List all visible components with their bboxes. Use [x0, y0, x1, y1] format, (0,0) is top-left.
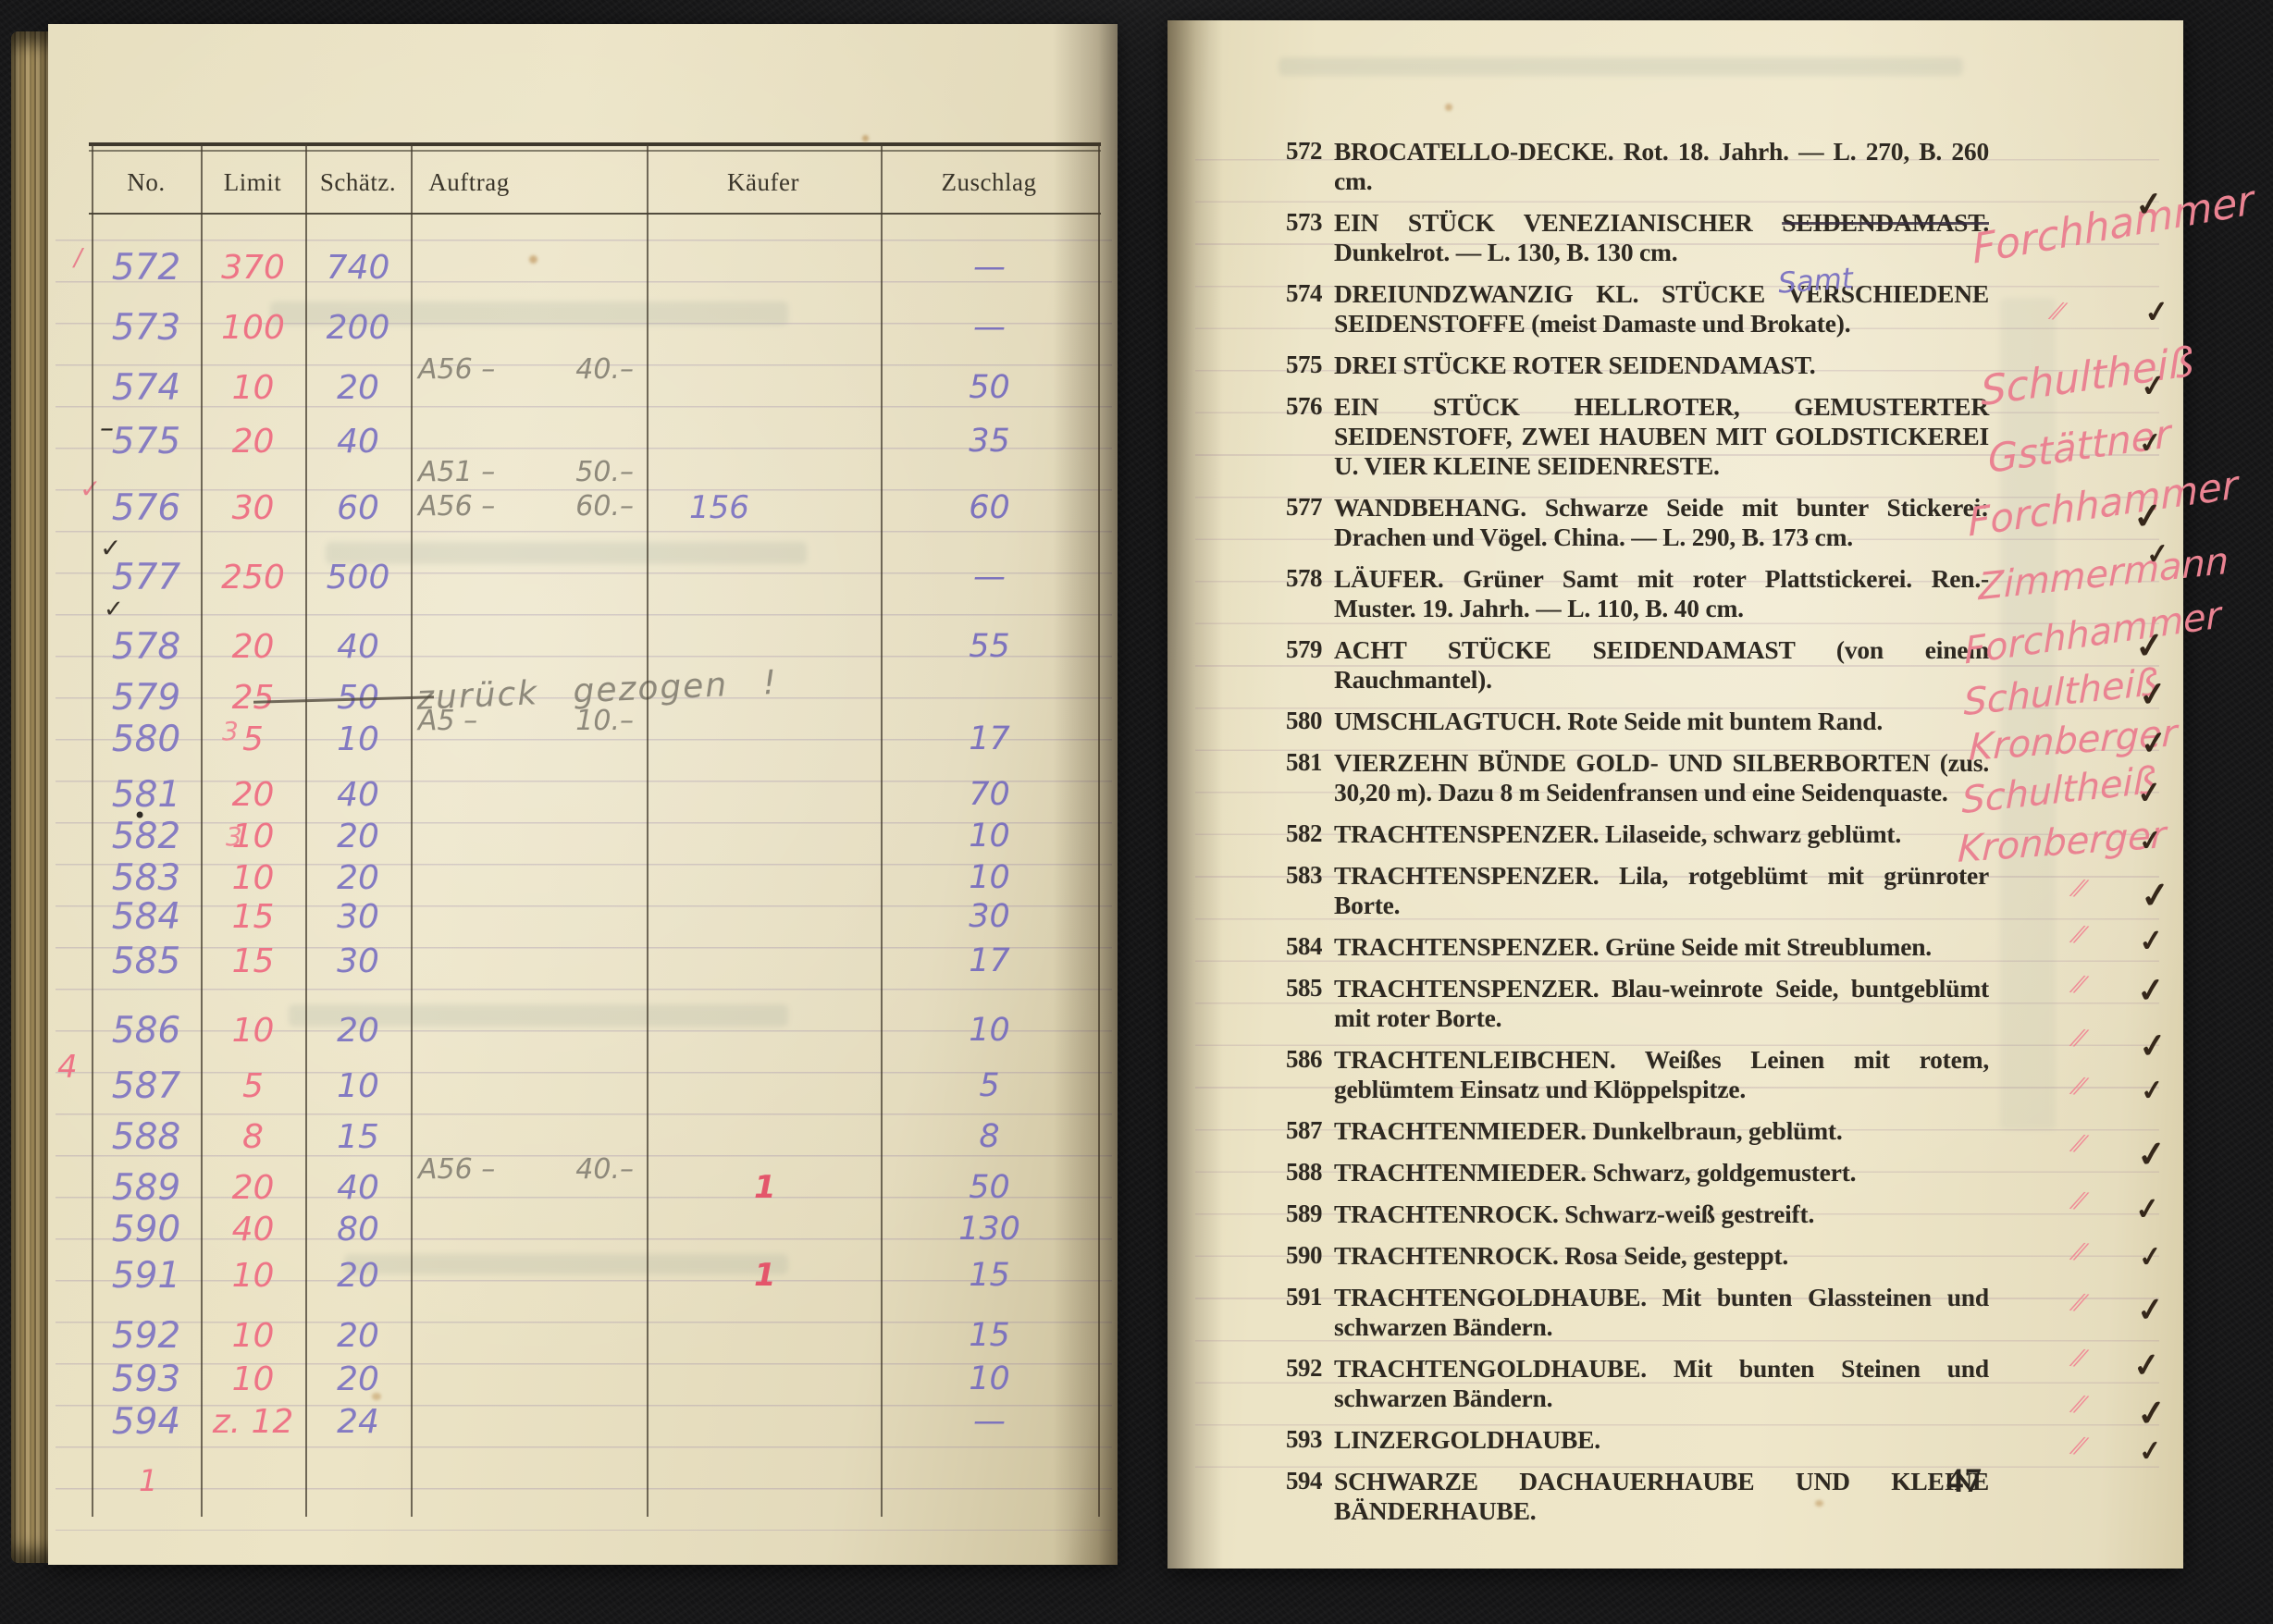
- column-header-limit: Limit: [224, 168, 282, 197]
- entry-number: 582: [1286, 819, 1334, 849]
- cell-zuschlag: 10: [881, 859, 1098, 896]
- cell-limit: 100: [201, 309, 305, 347]
- entry-number: 575: [1286, 351, 1334, 380]
- cell-no: 578: [92, 626, 201, 668]
- cell-limit: 25: [201, 679, 305, 717]
- table-row: 582102010: [92, 815, 1098, 857]
- table-grid-line: [1098, 144, 1100, 1517]
- table-grid-line: [92, 144, 93, 1517]
- entry-text: UMSCHLAGTUCH. Rote Seide mit buntem Rand…: [1334, 707, 1989, 736]
- cell-schaetz: 40: [305, 628, 411, 666]
- cell-schaetz: 10: [305, 1067, 411, 1105]
- cell-schaetz: 24: [305, 1403, 411, 1441]
- catalog-entry: 584TRACHTENSPENZER. Grüne Seide mit Stre…: [1286, 932, 1989, 962]
- auftrag-code: A56 –: [418, 1152, 495, 1187]
- cell-zuschlag: 15: [881, 1317, 1098, 1354]
- catalog-entry: 581VIERZEHN BÜNDE GOLD- UND SILBERBORTEN…: [1286, 748, 1989, 807]
- auftrag-amount: 40.–: [575, 1152, 634, 1187]
- cell-no: 585: [92, 941, 201, 982]
- catalog-entry: 589TRACHTENROCK. Schwarz-weiß gestreift.: [1286, 1200, 1989, 1229]
- cell-limit: 10: [201, 818, 305, 855]
- cell-no: 590: [92, 1209, 201, 1250]
- auftrag-entry: A56 –40.–: [411, 352, 647, 387]
- catalog-entry: 591TRACHTENGOLDHAUBE. Mit bunten Glasste…: [1286, 1283, 1989, 1342]
- entry-number: 574: [1286, 279, 1334, 338]
- entry-text: TRACHTENSPENZER. Blau-weinrote Seide, bu…: [1334, 974, 1989, 1033]
- page-number: 47: [1946, 1461, 1983, 1501]
- entry-text: BROCATELLO-DECKE. Rot. 18. Jahrh. — L. 2…: [1334, 137, 1989, 196]
- table-row: 5741020A56 –40.–50: [92, 366, 1098, 409]
- cell-auftrag: A56 –40.–: [411, 352, 647, 387]
- table-row: 593102010: [92, 1358, 1098, 1400]
- cell-limit: 10: [201, 1317, 305, 1355]
- cell-schaetz: 40: [305, 423, 411, 461]
- margin-mark: 3: [226, 821, 242, 852]
- entry-text: TRACHTENSPENZER. Grüne Seide mit Streubl…: [1334, 932, 1989, 962]
- cell-limit: 10: [201, 369, 305, 407]
- margin-mark: •: [133, 803, 146, 829]
- cell-kaeufer: 1: [647, 1257, 881, 1294]
- cell-schaetz: 15: [305, 1118, 411, 1156]
- cell-limit: 10: [201, 1257, 305, 1295]
- margin-mark: 3: [222, 716, 239, 746]
- catalog-entry: 593LINZERGOLDHAUBE.: [1286, 1425, 1989, 1455]
- catalog-entry: 579ACHT STÜCKE SEIDENDAMAST (von einem R…: [1286, 635, 1989, 695]
- entry-text: TRACHTENLEIBCHEN. Weißes Leinen mit rote…: [1334, 1045, 1989, 1104]
- entry-number: 580: [1286, 707, 1334, 736]
- cell-no: 584: [92, 896, 201, 938]
- cell-no: 588: [92, 1116, 201, 1158]
- entry-number: 593: [1286, 1425, 1334, 1455]
- entry-number: 586: [1286, 1045, 1334, 1104]
- cell-kaeufer: 1: [647, 1169, 881, 1206]
- cell-zuschlag: —: [881, 559, 1098, 596]
- catalog-entry: 580UMSCHLAGTUCH. Rote Seide mit buntem R…: [1286, 707, 1989, 736]
- cell-limit: 20: [201, 776, 305, 814]
- entry-number: 572: [1286, 137, 1334, 196]
- catalog-entry: 577WANDBEHANG. Schwarze Seide mit bunter…: [1286, 493, 1989, 552]
- table-row: 5904080130: [92, 1208, 1098, 1250]
- cell-limit: 370: [201, 249, 305, 287]
- cell-zuschlag: 17: [881, 942, 1098, 979]
- entry-text: TRACHTENROCK. Schwarz-weiß gestreift.: [1334, 1200, 1989, 1229]
- cell-no: 589: [92, 1167, 201, 1209]
- table-grid-line: [647, 144, 649, 1517]
- table-row: 586102010: [92, 1009, 1098, 1052]
- cell-limit: 250: [201, 559, 305, 597]
- table-row: 583102010: [92, 856, 1098, 899]
- table-row: 592102015: [92, 1314, 1098, 1357]
- cell-no: 586: [92, 1010, 201, 1052]
- cell-zuschlag: 55: [881, 628, 1098, 665]
- table-grid-line: [201, 144, 203, 1517]
- entry-text: DREIUNDZWANZIG KL. STÜCKE VERSCHIEDENE S…: [1334, 279, 1989, 338]
- cell-no: 592: [92, 1315, 201, 1357]
- bleed-through-smudge: [1279, 57, 1963, 76]
- cell-limit: z. 12: [201, 1403, 305, 1441]
- catalog-entry: 583TRACHTENSPENZER. Lila, rotgeblümt mit…: [1286, 861, 1989, 920]
- auftrag-entry: A56 –40.–: [411, 1152, 647, 1187]
- entry-number: 587: [1286, 1116, 1334, 1146]
- cell-zuschlag: 60: [881, 489, 1098, 526]
- table-row: 5911020115: [92, 1254, 1098, 1297]
- catalog-entry: 574DREIUNDZWANZIG KL. STÜCKE VERSCHIEDEN…: [1286, 279, 1989, 338]
- catalog-entries: 572BROCATELLO-DECKE. Rot. 18. Jahrh. — L…: [1286, 137, 1989, 1538]
- cell-zuschlag: 15: [881, 1257, 1098, 1294]
- cell-zuschlag: 50: [881, 369, 1098, 406]
- cell-schaetz: 740: [305, 249, 411, 287]
- cell-limit: 20: [201, 628, 305, 666]
- entry-text: TRACHTENGOLDHAUBE. Mit bunten Glassteine…: [1334, 1283, 1989, 1342]
- cell-no: 594: [92, 1401, 201, 1443]
- cell-schaetz: 20: [305, 1012, 411, 1050]
- entry-text: LÄUFER. Grüner Samt mit roter Plattstick…: [1334, 564, 1989, 623]
- catalog-entry: 592TRACHTENGOLDHAUBE. Mit bunten Steinen…: [1286, 1354, 1989, 1413]
- catalog-entry: 576EIN STÜCK HELLROTER, GEMUSTERTER SEID…: [1286, 392, 1989, 481]
- cell-schaetz: 20: [305, 818, 411, 855]
- table-row: 584153030: [92, 895, 1098, 938]
- entry-number: 581: [1286, 748, 1334, 807]
- cell-kaeufer: 156: [647, 489, 881, 526]
- catalog-entry: 588TRACHTENMIEDER. Schwarz, goldgemuster…: [1286, 1158, 1989, 1187]
- bleed-through-smudge: [2000, 298, 2056, 1130]
- scanned-auction-ledger: No. Limit Schätz. Auftrag Käufer Zuschla…: [0, 0, 2273, 1624]
- cell-no: 580: [92, 719, 201, 760]
- cell-schaetz: 30: [305, 942, 411, 980]
- cell-zuschlag: 5: [881, 1067, 1098, 1104]
- entry-number: 592: [1286, 1354, 1334, 1413]
- cell-limit: 8: [201, 1118, 305, 1156]
- entry-number: 588: [1286, 1158, 1334, 1187]
- table-row: 5763060A51 –50.–A56 –60.–15660: [92, 486, 1098, 529]
- entry-number: 594: [1286, 1467, 1334, 1526]
- cell-no: 591: [92, 1255, 201, 1297]
- paper-stain: [372, 1393, 381, 1400]
- struck-word: SEIDENDAMAST.: [1782, 208, 1989, 237]
- auftrag-code: A56 –: [418, 489, 495, 523]
- entry-number: 590: [1286, 1241, 1334, 1271]
- paper-stain: [862, 135, 869, 141]
- cell-no: 572: [92, 247, 201, 289]
- table-row: 572370740—: [92, 246, 1098, 289]
- cell-zuschlag: 10: [881, 1360, 1098, 1397]
- entry-number: 579: [1286, 635, 1334, 695]
- entry-text: DREI STÜCKE ROTER SEIDENDAMAST.: [1334, 351, 1989, 380]
- catalog-entry: 575DREI STÜCKE ROTER SEIDENDAMAST.: [1286, 351, 1989, 380]
- cell-limit: 10: [201, 859, 305, 897]
- column-header-auftrag: Auftrag: [428, 168, 509, 197]
- table-row: 573100200—: [92, 306, 1098, 349]
- entry-text: TRACHTENGOLDHAUBE. Mit bunten Steinen un…: [1334, 1354, 1989, 1413]
- table-row: 581204070: [92, 773, 1098, 816]
- auftrag-code: A51 –: [418, 455, 495, 489]
- cell-zuschlag: 130: [881, 1211, 1098, 1248]
- cell-zuschlag: 10: [881, 1012, 1098, 1049]
- column-header-schaetz: Schätz.: [320, 168, 396, 197]
- cell-limit: 20: [201, 423, 305, 461]
- left-ledger-page: No. Limit Schätz. Auftrag Käufer Zuschla…: [48, 24, 1118, 1565]
- cell-limit: 15: [201, 898, 305, 936]
- entry-text: TRACHTENROCK. Rosa Seide, gesteppt.: [1334, 1241, 1989, 1271]
- table-grid-line: [881, 144, 883, 1517]
- entry-text: LINZERGOLDHAUBE.: [1334, 1425, 1989, 1455]
- cell-zuschlag: 8: [881, 1118, 1098, 1155]
- cell-limit: 40: [201, 1211, 305, 1249]
- column-header-kaeufer: Käufer: [727, 168, 799, 197]
- kaeufer-red-mark: 1: [689, 1257, 776, 1294]
- entry-number: 578: [1286, 564, 1334, 623]
- catalog-entry: 573EIN STÜCK VENEZIANISCHER SEIDENDAMAST…: [1286, 208, 1989, 267]
- cell-no: 573: [92, 307, 201, 349]
- table-row: 577250500—: [92, 556, 1098, 598]
- catalog-entry: 572BROCATELLO-DECKE. Rot. 18. Jahrh. — L…: [1286, 137, 1989, 196]
- cell-zuschlag: 30: [881, 898, 1098, 935]
- entry-text: WANDBEHANG. Schwarze Seide mit bunter St…: [1334, 493, 1989, 552]
- table-row: 5892040A56 –40.–150: [92, 1166, 1098, 1209]
- right-catalog-page: 572BROCATELLO-DECKE. Rot. 18. Jahrh. — L…: [1167, 20, 2183, 1569]
- cell-schaetz: 200: [305, 309, 411, 347]
- auftrag-code: A56 –: [418, 352, 495, 387]
- cell-zuschlag: 50: [881, 1169, 1098, 1206]
- cell-schaetz: 60: [305, 489, 411, 527]
- cell-zuschlag: —: [881, 309, 1098, 346]
- entry-number: 589: [1286, 1200, 1334, 1229]
- entry-number: 573: [1286, 208, 1334, 267]
- paper-stain: [1445, 104, 1452, 111]
- entry-text: EIN STÜCK VENEZIANISCHER SEIDENDAMAST. D…: [1334, 208, 1989, 267]
- catalog-entry: 587TRACHTENMIEDER. Dunkelbraun, geblümt.: [1286, 1116, 1989, 1146]
- catalog-entry: 594SCHWARZE DACHAUERHAUBE UND KLEINE BÄN…: [1286, 1467, 1989, 1526]
- margin-mark: 4: [57, 1049, 78, 1086]
- catalog-entry: 582TRACHTENSPENZER. Lilaseide, schwarz g…: [1286, 819, 1989, 849]
- cell-limit: 5: [201, 720, 305, 758]
- column-header-no: No.: [127, 168, 165, 197]
- auftrag-entry: A56 –60.–: [411, 489, 647, 523]
- margin-mark: –: [100, 412, 114, 445]
- cell-limit: 10: [201, 1360, 305, 1398]
- cell-zuschlag: —: [881, 1403, 1098, 1440]
- entry-text: ACHT STÜCKE SEIDENDAMAST (von einem Rauc…: [1334, 635, 1989, 695]
- cell-zuschlag: 35: [881, 423, 1098, 460]
- cell-no: 583: [92, 857, 201, 899]
- cell-no: 576: [92, 487, 201, 529]
- entry-text: TRACHTENMIEDER. Schwarz, goldgemustert.: [1334, 1158, 1989, 1187]
- entry-text: VIERZEHN BÜNDE GOLD- UND SILBERBORTEN (z…: [1334, 748, 1989, 807]
- cell-schaetz: 500: [305, 559, 411, 597]
- cell-schaetz: 40: [305, 776, 411, 814]
- kaeufer-red-mark: 1: [689, 1169, 776, 1206]
- cell-schaetz: 20: [305, 1257, 411, 1295]
- cell-no: 574: [92, 367, 201, 409]
- entry-number: 585: [1286, 974, 1334, 1033]
- catalog-entry: 578LÄUFER. Grüner Samt mit roter Plattst…: [1286, 564, 1989, 623]
- cell-schaetz: 40: [305, 1169, 411, 1207]
- cell-zuschlag: 10: [881, 818, 1098, 855]
- table-grid-line: [305, 144, 307, 1517]
- header-underline: [89, 213, 1101, 215]
- cell-zuschlag: —: [881, 249, 1098, 286]
- table-row: 585153017: [92, 940, 1098, 982]
- cell-schaetz: 20: [305, 1360, 411, 1398]
- cell-no: 587: [92, 1065, 201, 1107]
- auftrag-amount: 50.–: [575, 455, 634, 489]
- cell-auftrag: A51 –50.–A56 –60.–: [411, 455, 647, 523]
- entry-number: 577: [1286, 493, 1334, 552]
- auftrag-amount: 60.–: [575, 489, 634, 523]
- cell-schaetz: 10: [305, 720, 411, 758]
- margin-mark: 1: [139, 1463, 157, 1498]
- table-row: 594z. 1224—: [92, 1400, 1098, 1443]
- entry-text: SCHWARZE DACHAUERHAUBE UND KLEINE BÄNDER…: [1334, 1467, 1989, 1526]
- cell-schaetz: 30: [305, 898, 411, 936]
- table-row: 578204055: [92, 625, 1098, 668]
- cell-limit: 5: [201, 1067, 305, 1105]
- table-grid-line: [411, 144, 413, 1517]
- auftrag-amount: 40.–: [575, 352, 634, 387]
- cell-limit: 15: [201, 942, 305, 980]
- cell-schaetz: 20: [305, 369, 411, 407]
- cell-no: 579: [92, 677, 201, 719]
- margin-mark: ✓: [80, 474, 101, 504]
- entry-text: TRACHTENSPENZER. Lila, rotgeblümt mit gr…: [1334, 861, 1989, 920]
- table-row: 5875105: [92, 1064, 1098, 1107]
- samt-correction-note: Samt: [1777, 262, 1854, 301]
- margin-mark: ✓: [100, 533, 121, 563]
- entry-number: 583: [1286, 861, 1334, 920]
- catalog-entry: 590TRACHTENROCK. Rosa Seide, gesteppt.: [1286, 1241, 1989, 1271]
- cell-schaetz: 20: [305, 1317, 411, 1355]
- margin-mark: ∕: [74, 244, 82, 272]
- auftrag-entry: A51 –50.–: [411, 455, 647, 489]
- cell-schaetz: 80: [305, 1211, 411, 1249]
- cell-no: 593: [92, 1359, 201, 1400]
- column-header-zuschlag: Zuschlag: [942, 168, 1037, 197]
- margin-mark: ✓: [104, 596, 124, 623]
- cell-zuschlag: 70: [881, 776, 1098, 813]
- cell-schaetz: 20: [305, 859, 411, 897]
- table-top-rule: [89, 142, 1101, 146]
- cell-limit: 10: [201, 1012, 305, 1050]
- table-row: 580510A5 –10.–17: [92, 718, 1098, 760]
- paper-stain: [529, 255, 537, 264]
- paper-stain: [1815, 1500, 1823, 1507]
- cell-limit: 20: [201, 1169, 305, 1207]
- cell-zuschlag: 17: [881, 720, 1098, 757]
- entry-number: 591: [1286, 1283, 1334, 1342]
- cell-auftrag: A56 –40.–: [411, 1152, 647, 1187]
- entry-text: TRACHTENMIEDER. Dunkelbraun, geblümt.: [1334, 1116, 1989, 1146]
- catalog-entry: 585TRACHTENSPENZER. Blau-weinrote Seide,…: [1286, 974, 1989, 1033]
- entry-number: 576: [1286, 392, 1334, 481]
- catalog-entry: 586TRACHTENLEIBCHEN. Weißes Leinen mit r…: [1286, 1045, 1989, 1104]
- entry-text: TRACHTENSPENZER. Lilaseide, schwarz gebl…: [1334, 819, 1989, 849]
- entry-number: 584: [1286, 932, 1334, 962]
- cell-limit: 30: [201, 489, 305, 527]
- table-top-rule-2: [89, 150, 1101, 152]
- entry-text: EIN STÜCK HELLROTER, GEMUSTERTER SEIDENS…: [1334, 392, 1989, 481]
